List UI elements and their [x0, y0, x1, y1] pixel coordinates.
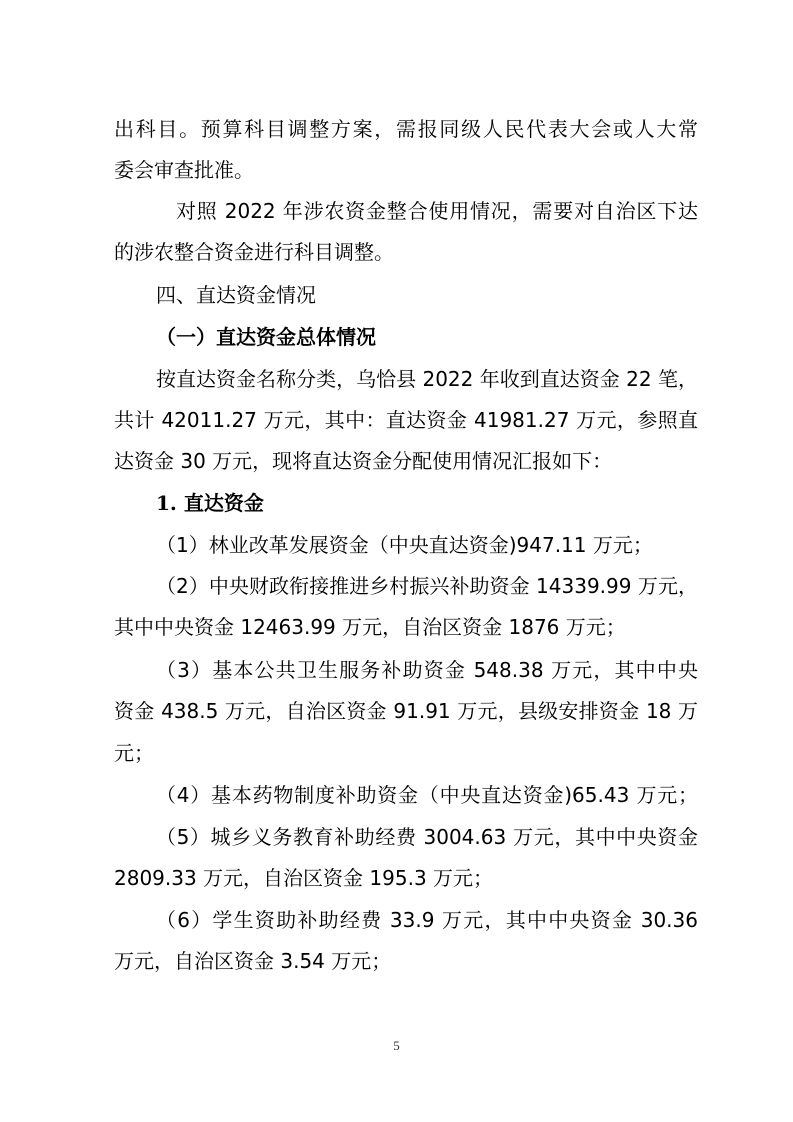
paragraph-line: 的涉农整合资金进行科目调整。 [114, 238, 698, 266]
list-item: （1）林业改革发展资金（中央直达资金)947.11 万元； [156, 531, 698, 559]
section-heading: 四、直达资金情况 [156, 281, 698, 309]
paragraph-line: 共计 42011.27 万元，其中：直达资金 41981.27 万元，参照直 [114, 406, 698, 434]
list-item-continued: 2809.33 万元，自治区资金 195.3 万元； [114, 864, 698, 892]
paragraph-line: 出科目。预算科目调整方案，需报同级人民代表大会或人大常 [114, 115, 698, 143]
paragraph-line: 达资金 30 万元，现将直达资金分配使用情况汇报如下： [114, 447, 698, 475]
list-item: （6）学生资助补助经费 33.9 万元，其中中央资金 30.36 [156, 906, 698, 934]
subsection-heading: （一）直达资金总体情况 [156, 323, 698, 351]
list-item: （4）基本药物制度补助资金（中央直达资金)65.43 万元； [156, 781, 698, 809]
page-number: 5 [0, 1038, 793, 1054]
list-item-continued: 其中中央资金 12463.99 万元，自治区资金 1876 万元； [114, 613, 698, 641]
paragraph-line: 对照 2022 年涉农资金整合使用情况，需要对自治区下达 [176, 197, 698, 225]
list-item: （3）基本公共卫生服务补助资金 548.38 万元，其中中央 [156, 656, 698, 684]
document-page: 出科目。预算科目调整方案，需报同级人民代表大会或人大常 委会审查批准。 对照 2… [0, 0, 793, 1122]
list-item-continued: 资金 438.5 万元，自治区资金 91.91 万元，县级安排资金 18 万 [114, 697, 698, 725]
list-item-continued: 元； [114, 739, 698, 767]
list-item: （2）中央财政衔接推进乡村振兴补助资金 14339.99 万元， [156, 572, 698, 600]
item-heading: 1. 直达资金 [156, 489, 698, 517]
paragraph-line: 按直达资金名称分类，乌恰县 2022 年收到直达资金 22 笔， [156, 365, 698, 393]
list-item-continued: 万元，自治区资金 3.54 万元； [114, 947, 698, 975]
list-item: （5）城乡义务教育补助经费 3004.63 万元，其中中央资金 [156, 823, 698, 851]
paragraph-line: 委会审查批准。 [114, 156, 698, 184]
